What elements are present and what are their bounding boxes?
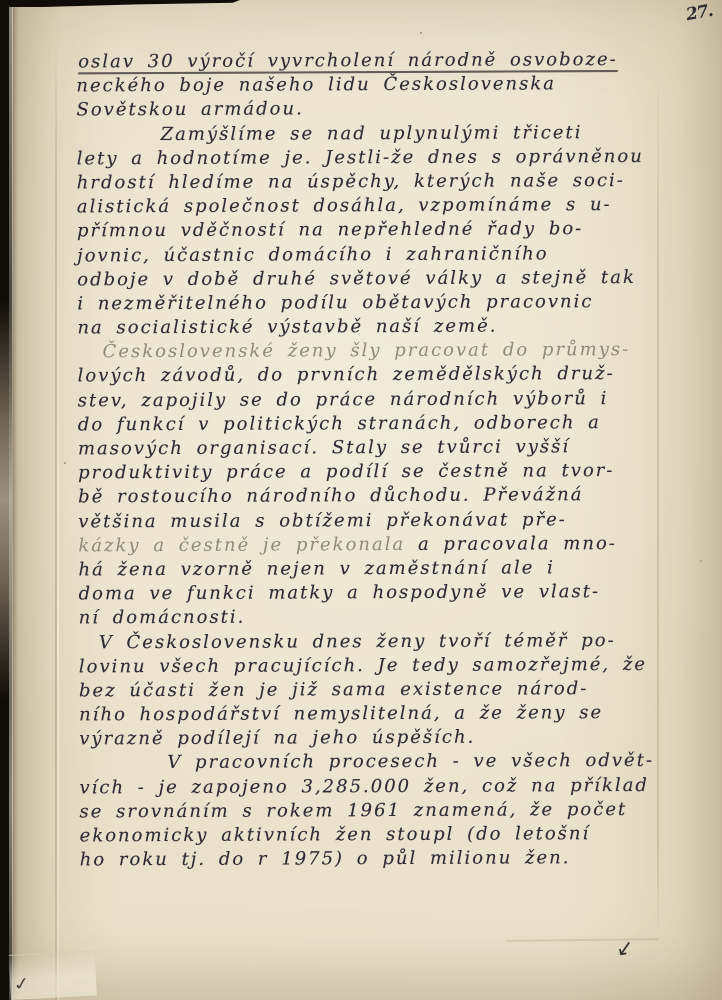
text-line: ho roku tj. do r 1975) o půl milionu žen… (80, 846, 718, 873)
text-line: přímnou vděčností na nepřehledné řady bo… (77, 217, 715, 244)
text-segment: doma ve funkci matky a hospodyně ve vlas… (79, 581, 601, 604)
text-line: bě rostoucího národního důchodu. Převážn… (78, 483, 716, 510)
text-line: V Československu dnes ženy tvoří téměř p… (79, 628, 717, 655)
text-segment: Zamýšlíme se nad uplynulými třiceti (161, 122, 583, 145)
text-segment: bez účasti žen je již sama existence nár… (79, 678, 588, 701)
text-segment: V Československu dnes ženy tvoří téměř p… (99, 630, 616, 653)
text-segment: masových organisací. Staly se tvůrci vyš… (78, 436, 570, 459)
text-segment: kázky a čestně je překonala (78, 534, 405, 556)
text-line: lovinu všech pracujících. Je tedy samozř… (79, 652, 717, 679)
text-segment: většina musila s obtížemi překonávat pře… (78, 509, 567, 532)
text-line: i nezměřitelného podílu obětavých pracov… (77, 289, 715, 316)
text-segment: lety a hodnotíme je. Jestli-že dnes s op… (77, 146, 644, 169)
text-line: ní domácnosti. (79, 604, 717, 631)
paragraph: V Československu dnes ženy tvoří téměř p… (79, 628, 718, 752)
underlying-page-corner-edge (506, 938, 659, 942)
text-line: há žena vzorně nejen v zaměstnání ale i (78, 556, 716, 583)
text-line: Československé ženy šly pracovat do prům… (77, 338, 715, 365)
text-line: kázky a čestně je překonala a pracovala … (78, 531, 716, 558)
text-line: Sovětskou armádou. (76, 96, 714, 123)
text-line: odboje v době druhé světové války a stej… (77, 265, 715, 292)
text-line: jovnic, účastnic domácího i zahraničního (77, 241, 715, 268)
text-line: hrdostí hledíme na úspěchy, kterých naše… (77, 169, 715, 196)
text-line: vích - je zapojeno 3,285.000 žen, což na… (79, 773, 717, 800)
text-line: stev, zapojily se do práce národních výb… (78, 386, 716, 413)
text-segment: ho roku tj. do r 1975) o půl milionu žen… (80, 847, 571, 870)
left-page-crease (55, 35, 57, 1000)
text-line: na socialistické výstavbě naší země. (77, 314, 715, 341)
paper-speck (64, 462, 66, 464)
text-line: V pracovních procesech - ve všech odvět- (79, 749, 717, 776)
text-line: neckého boje našeho lidu Československa (76, 72, 714, 99)
text-segment: ekonomicky aktivních žen stoupl (do leto… (80, 823, 591, 846)
text-segment: se srovnáním s rokem 1961 znamená, že po… (79, 799, 627, 822)
text-line: lety a hodnotíme je. Jestli-že dnes s op… (77, 144, 715, 171)
text-line: oslav 30 výročí vyvrcholení národně osvo… (76, 48, 714, 75)
text-segment: há žena vzorně nejen v zaměstnání ale i (78, 557, 554, 580)
text-line: alistická společnost dosáhla, vzpomínáme… (77, 193, 715, 220)
text-line: produktivity práce a podílí se čestně na… (78, 459, 716, 486)
binding-top-shadow (0, 0, 240, 7)
text-line: masových organisací. Staly se tvůrci vyš… (78, 435, 716, 462)
text-line: většina musila s obtížemi překonávat pře… (78, 507, 716, 534)
scanned-manuscript-page: 27. oslav 30 výročí vyvrcholení národně … (0, 0, 722, 1000)
text-segment: do funkcí v politických stranách, odbore… (78, 412, 601, 435)
text-segment: Sovětskou armádou. (76, 99, 303, 121)
text-segment: výrazně podílejí na jeho úspěších. (79, 727, 475, 750)
text-segment: V pracovních procesech - ve všech odvět- (167, 750, 654, 773)
paragraph: Zamýšlíme se nad uplynulými třicetilety … (77, 120, 716, 340)
text-line: doma ve funkci matky a hospodyně ve vlas… (79, 580, 717, 607)
text-segment: lových závodů, do prvních zemědělských d… (78, 363, 615, 386)
text-segment: produktivity práce a podílí se čestně na… (78, 460, 615, 483)
text-line: Zamýšlíme se nad uplynulými třiceti (77, 120, 715, 147)
text-segment: jovnic, účastnic domácího i zahraničního (77, 243, 549, 266)
text-segment: alistická společnost dosáhla, vzpomínáme… (77, 194, 612, 217)
text-line: se srovnáním s rokem 1961 znamená, že po… (79, 797, 717, 824)
text-segment: odboje v době druhé světové války a stej… (77, 267, 636, 290)
text-segment: bě rostoucího národního důchodu. Převážn… (78, 485, 583, 508)
page-number: 27. (684, 1, 714, 25)
paragraph: V pracovních procesech - ve všech odvět-… (79, 749, 718, 873)
text-segment: přímnou vděčností na nepřehledné řady bo… (77, 218, 583, 241)
text-line: ního hospodářství nemyslitelná, a že žen… (79, 701, 717, 728)
text-segment: vích - je zapojeno 3,285.000 žen, což na… (79, 775, 649, 798)
paper-speck (420, 32, 422, 34)
text-segment: neckého boje našeho lidu Československa (76, 73, 556, 96)
binding-highlight (9, 0, 13, 1000)
text-segment: i nezměřitelného podílu obětavých pracov… (77, 291, 593, 314)
text-segment: lovinu všech pracujících. Je tedy samozř… (79, 654, 647, 677)
text-line: ekonomicky aktivních žen stoupl (do leto… (80, 822, 718, 849)
paragraph: oslav 30 výročí vyvrcholení národně osvo… (76, 48, 714, 123)
text-segment: stev, zapojily se do práce národních výb… (78, 388, 609, 411)
text-segment: ního hospodářství nemyslitelná, a že žen… (79, 702, 603, 725)
text-line: lových závodů, do prvních zemědělských d… (78, 362, 716, 389)
text-segment: hrdostí hledíme na úspěchy, kterých naše… (77, 170, 625, 193)
text-segment: Československé ženy šly pracovat do prům… (102, 339, 630, 362)
text-line: výrazně podílejí na jeho úspěších. (79, 725, 717, 752)
text-line: do funkcí v politických stranách, odbore… (78, 410, 716, 437)
text-segment: oslav 30 výročí vyvrcholení národně osvo… (78, 49, 618, 72)
paragraph: Československé ženy šly pracovat do prům… (77, 338, 716, 631)
text-segment: na socialistické výstavbě naší země. (77, 316, 497, 339)
text-segment: ní domácnosti. (79, 607, 246, 629)
text-segment: a pracovala mno- (405, 533, 617, 555)
text-line: bez účasti žen je již sama existence nár… (79, 676, 717, 703)
paper-speck (700, 560, 702, 562)
handwritten-text-block: oslav 30 výročí vyvrcholení národně osvo… (76, 48, 718, 873)
